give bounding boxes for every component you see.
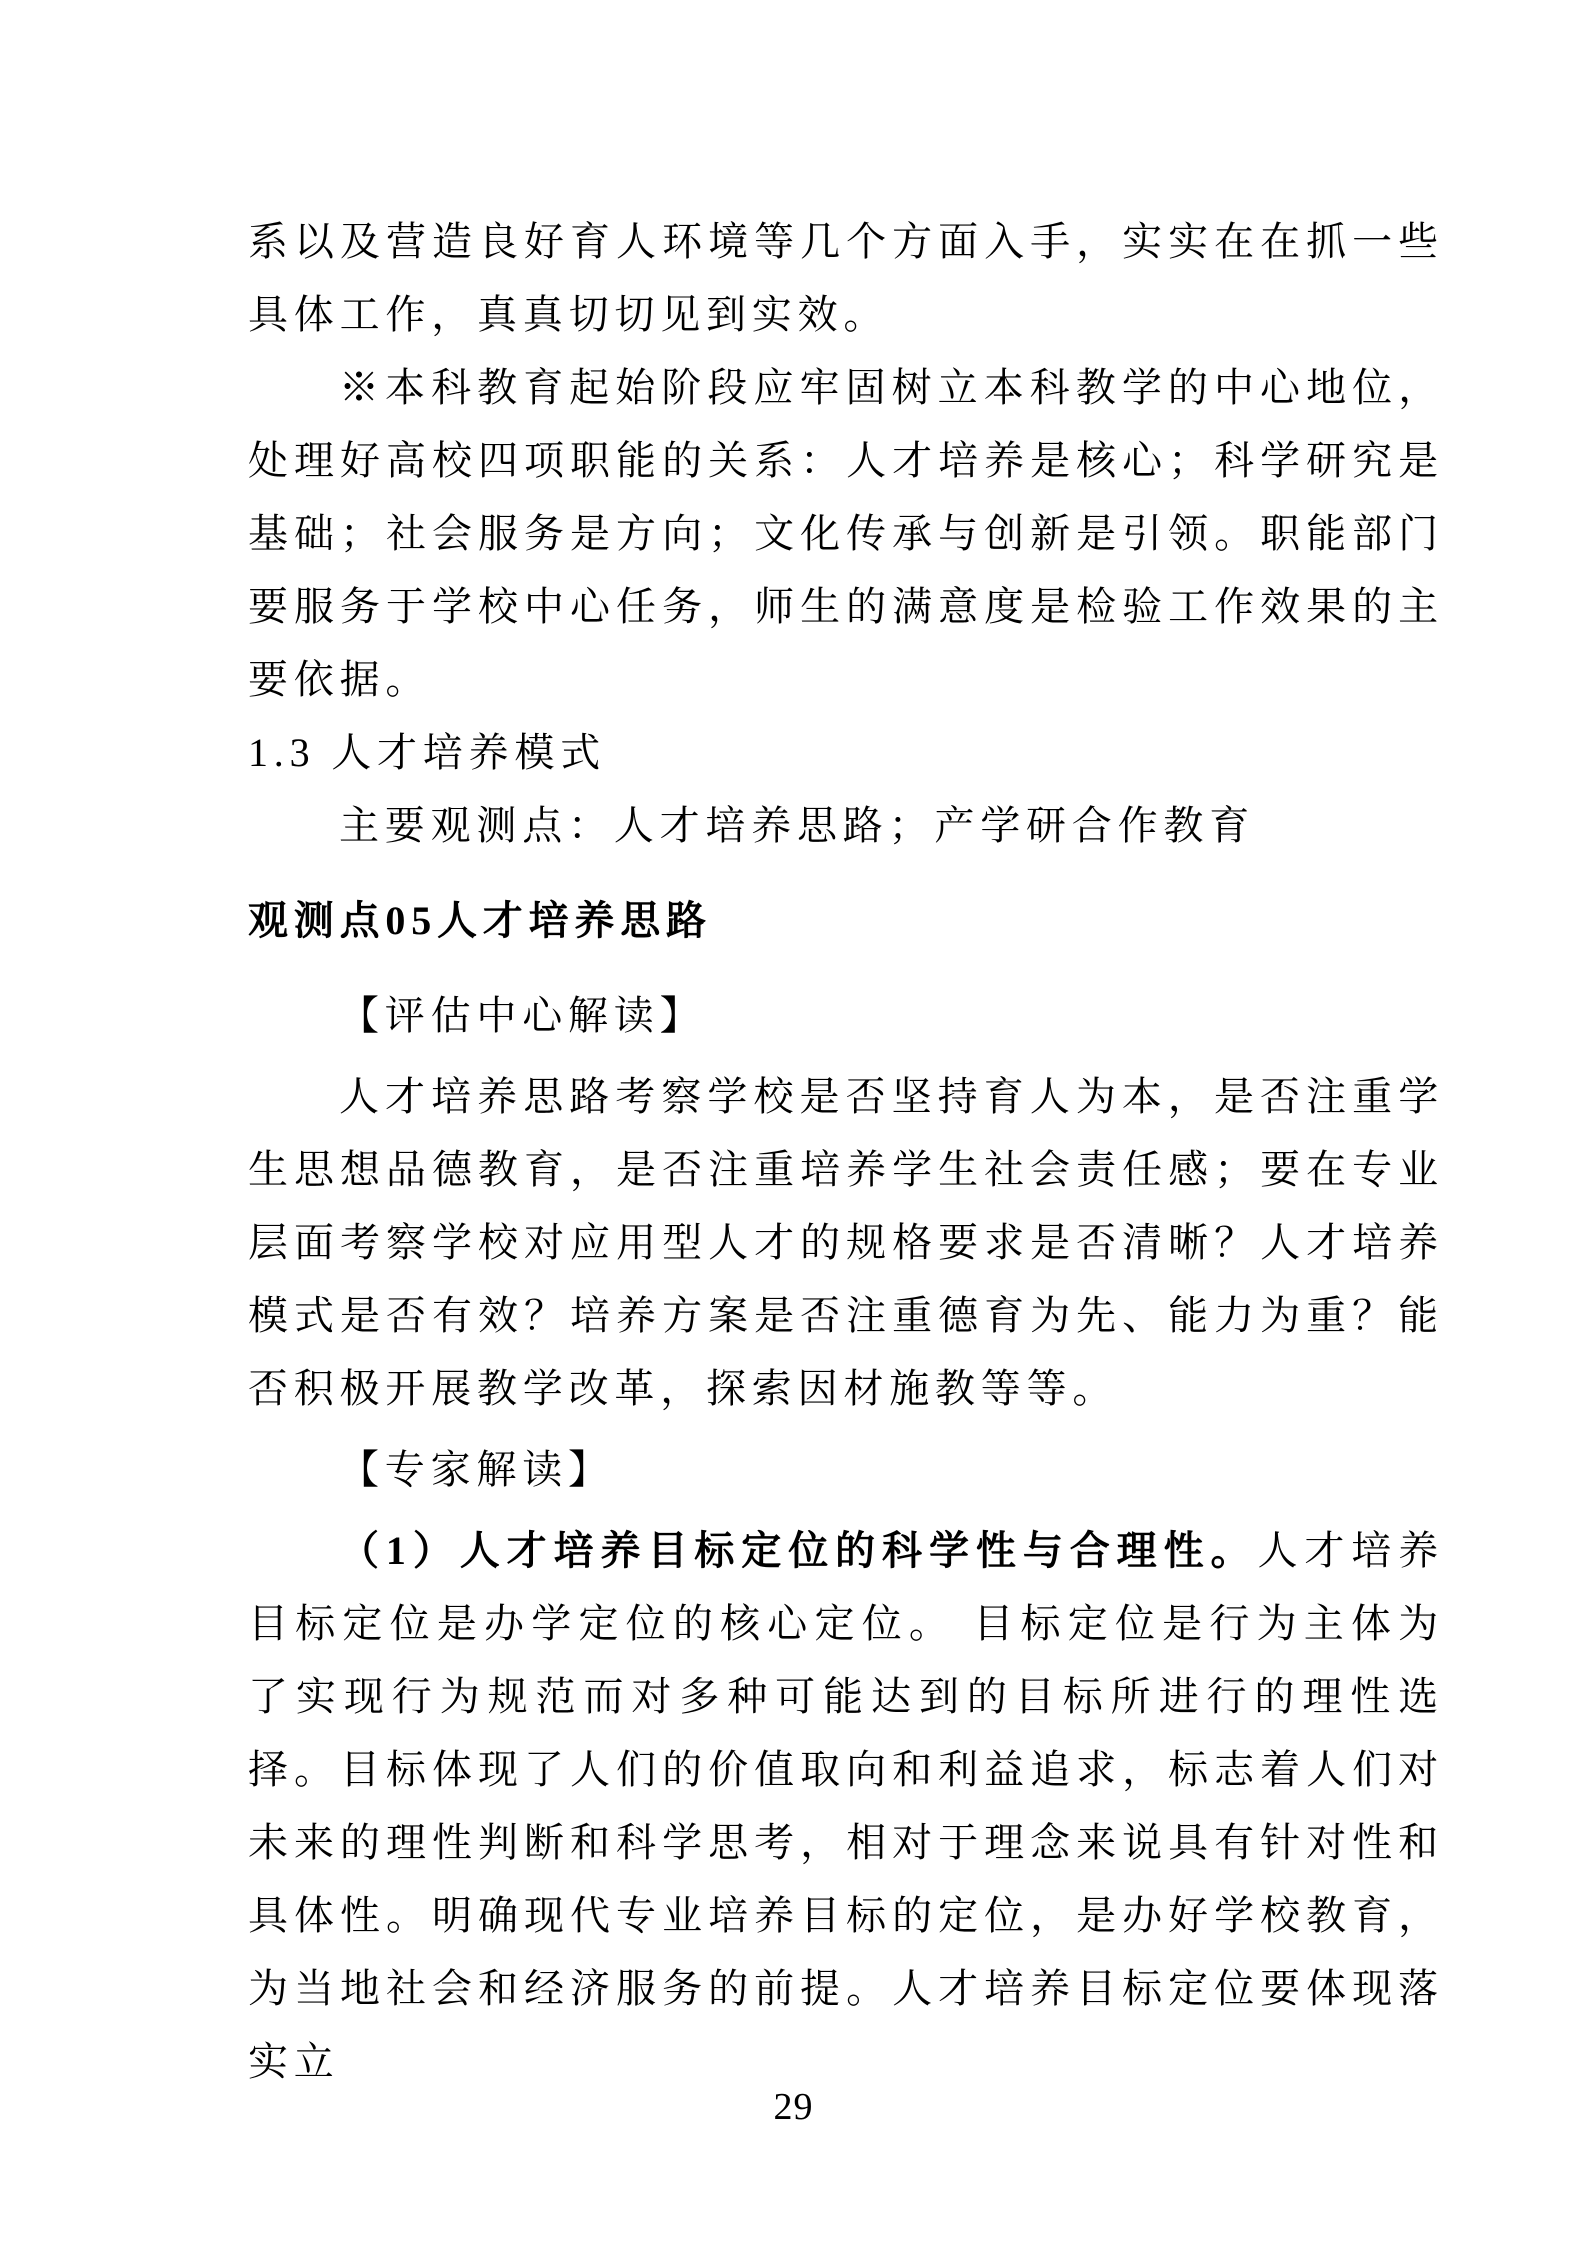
paragraph-expert-interpretation: （1）人才培养目标定位的科学性与合理性。人才培养目标定位是办学定位的核心定位。 …: [248, 1514, 1444, 2098]
section-heading-1-3: 1.3 人才培养模式: [248, 716, 1444, 789]
observation-point-05-heading: 观测点05人才培养思路: [248, 884, 1444, 957]
paragraph-observation-points: 主要观测点：人才培养思路；产学研合作教育: [248, 789, 1444, 862]
expert-interpretation-label: 【专家解读】: [248, 1433, 1444, 1506]
paragraph-note: ※本科教育起始阶段应牢固树立本科教学的中心地位，处理好高校四项职能的关系：人才培…: [248, 351, 1444, 716]
expert-point-1-body: 人才培养目标定位是办学定位的核心定位。 目标定位是行为主体为了实现行为规范而对多…: [248, 1528, 1444, 2084]
assessment-center-label: 【评估中心解读】: [248, 979, 1444, 1052]
document-page: 系以及营造良好育人环境等几个方面入手，实实在在抓一些具体工作，真真切切见到实效。…: [0, 0, 1587, 2245]
text-block: 系以及营造良好育人环境等几个方面入手，实实在在抓一些具体工作，真真切切见到实效。…: [248, 205, 1444, 2098]
paragraph-continued: 系以及营造良好育人环境等几个方面入手，实实在在抓一些具体工作，真真切切见到实效。: [248, 205, 1444, 351]
paragraph-assessment-center: 人才培养思路考察学校是否坚持育人为本，是否注重学生思想品德教育，是否注重培养学生…: [248, 1060, 1444, 1425]
expert-point-1-title: （1）人才培养目标定位的科学性与合理性。: [339, 1528, 1257, 1573]
page-number: 29: [0, 2085, 1587, 2129]
